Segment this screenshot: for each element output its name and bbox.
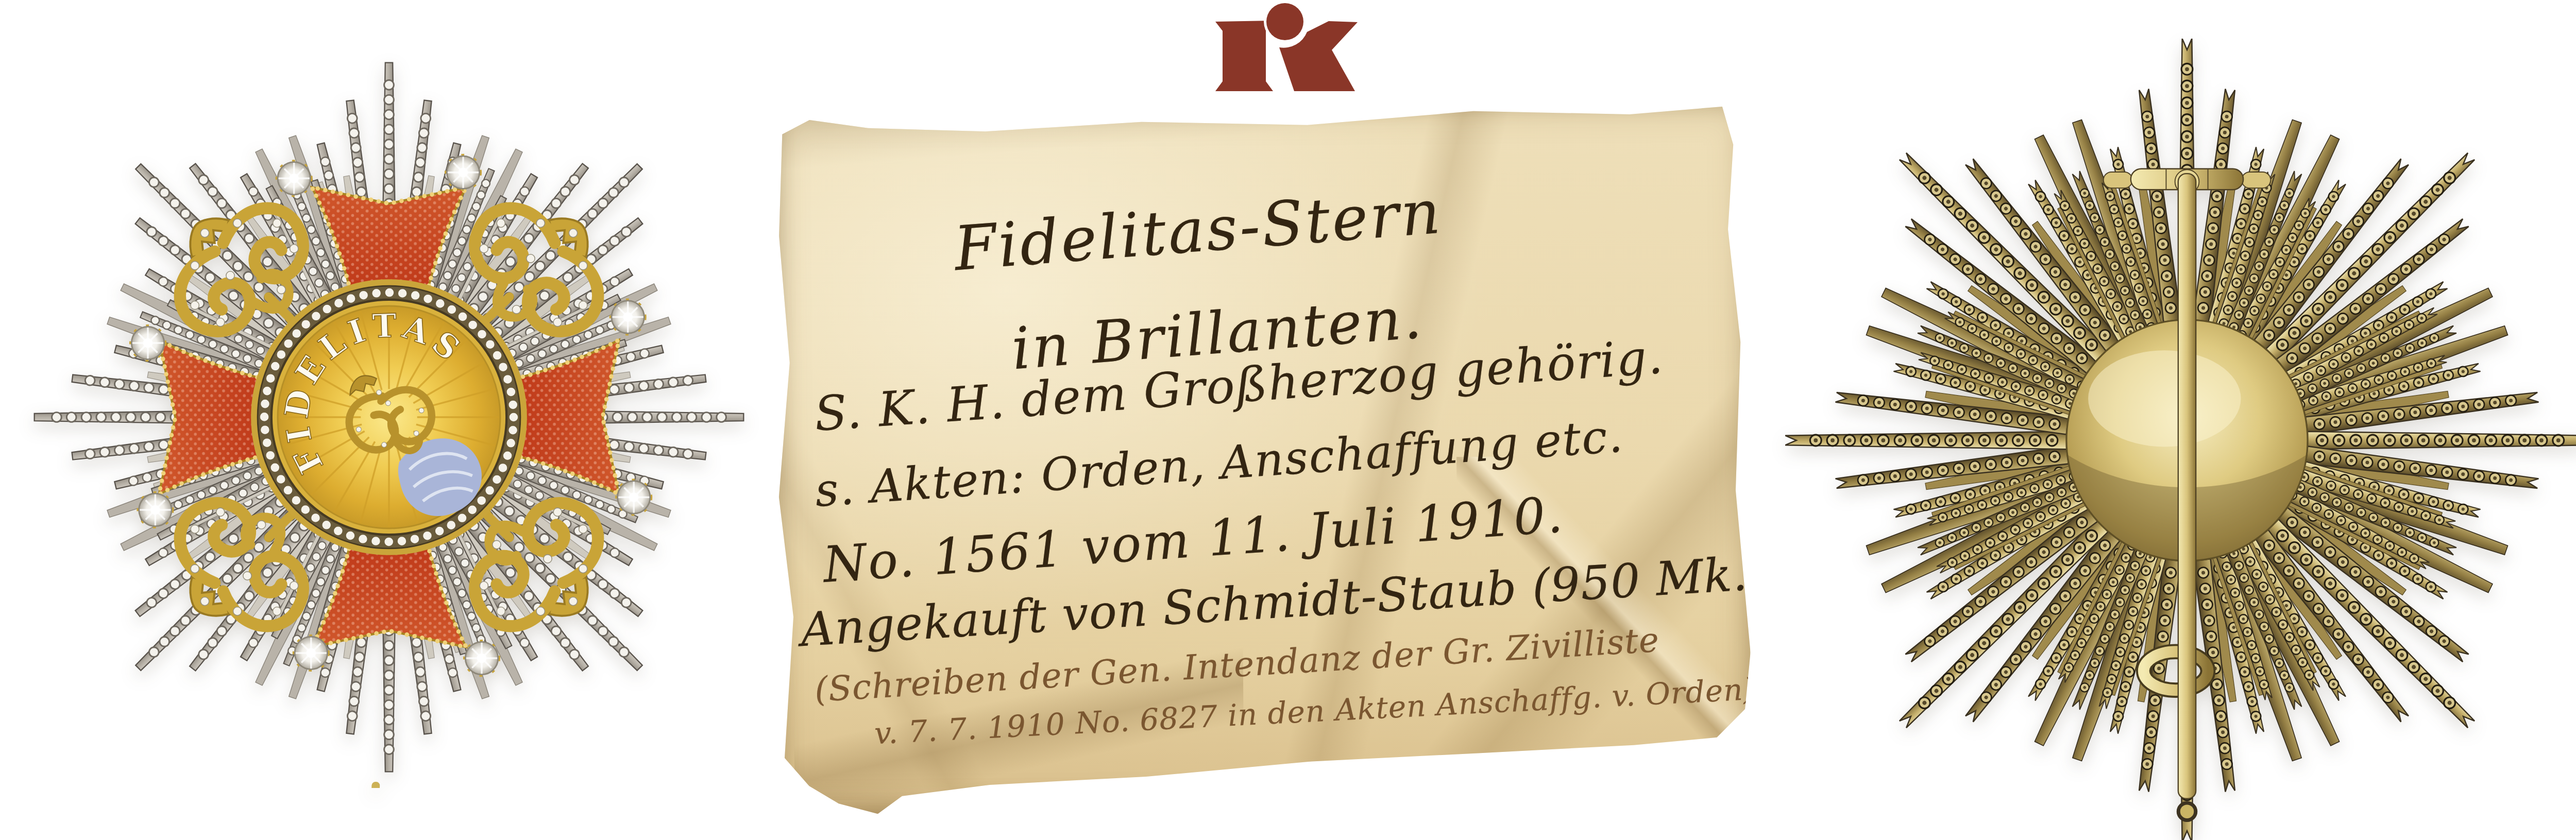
logo-stem — [1215, 21, 1273, 91]
pin-foot-setting — [2180, 804, 2194, 818]
pin-t-bar — [2242, 172, 2270, 188]
envelope-line-title: Fidelitas-Stern — [952, 176, 1445, 284]
catalog-photo: FIDELITAS Fidelitas-Stern in Brillanten.… — [0, 0, 2576, 840]
obverse-pin-tip — [370, 782, 380, 788]
obverse-star-photo: FIDELITAS — [18, 46, 760, 788]
pin-needle — [2178, 174, 2196, 799]
reverse-star-photo — [1785, 39, 2576, 840]
kuenker-monogram-icon — [1212, 0, 1361, 96]
centre-medallion: FIDELITAS — [251, 279, 527, 555]
logo-dot — [1266, 3, 1303, 40]
handwritten-envelope: Fidelitas-Stern in Brillanten. S. K. H. … — [770, 102, 1752, 814]
pin-t-bar — [2104, 172, 2132, 188]
